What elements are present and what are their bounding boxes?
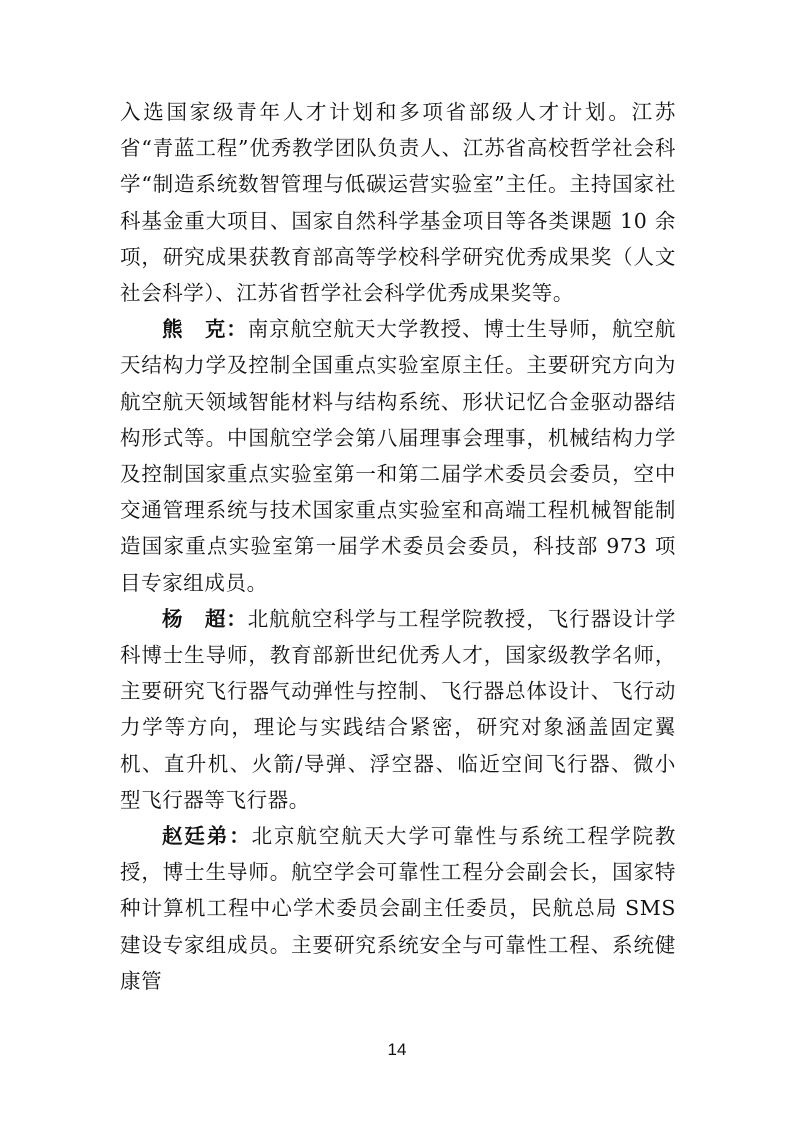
paragraph-text: 入选国家级青年人才计划和多项省部级人才计划。江苏省“青蓝工程”优秀教学团队负责人…	[120, 100, 676, 305]
paragraph-continued-bio: 入选国家级青年人才计划和多项省部级人才计划。江苏省“青蓝工程”优秀教学团队负责人…	[120, 94, 676, 311]
paragraph-bio-yang-chao: 杨 超：北航航空科学与工程学院教授，飞行器设计学科博士生导师，教育部新世纪优秀人…	[120, 601, 676, 818]
person-name: 赵廷弟：	[162, 824, 252, 848]
paragraph-text: 北航航空科学与工程学院教授，飞行器设计学科博士生导师，教育部新世纪优秀人才，国家…	[120, 607, 676, 812]
person-name: 熊 克：	[162, 317, 248, 341]
paragraph-text: 南京航空航天大学教授、博士生导师，航空航天结构力学及控制全国重点实验室原主任。主…	[120, 317, 676, 594]
page-number: 14	[0, 1040, 794, 1060]
paragraph-bio-xiong-ke: 熊 克：南京航空航天大学教授、博士生导师，航空航天结构力学及控制全国重点实验室原…	[120, 311, 676, 601]
paragraph-text: 北京航空航天大学可靠性与系统工程学院教授，博士生导师。航空学会可靠性工程分会副会…	[120, 824, 676, 993]
person-name: 杨 超：	[162, 607, 248, 631]
paragraph-bio-zhao-tingdi: 赵廷弟：北京航空航天大学可靠性与系统工程学院教授，博士生导师。航空学会可靠性工程…	[120, 818, 676, 999]
document-body: 入选国家级青年人才计划和多项省部级人才计划。江苏省“青蓝工程”优秀教学团队负责人…	[120, 94, 676, 999]
